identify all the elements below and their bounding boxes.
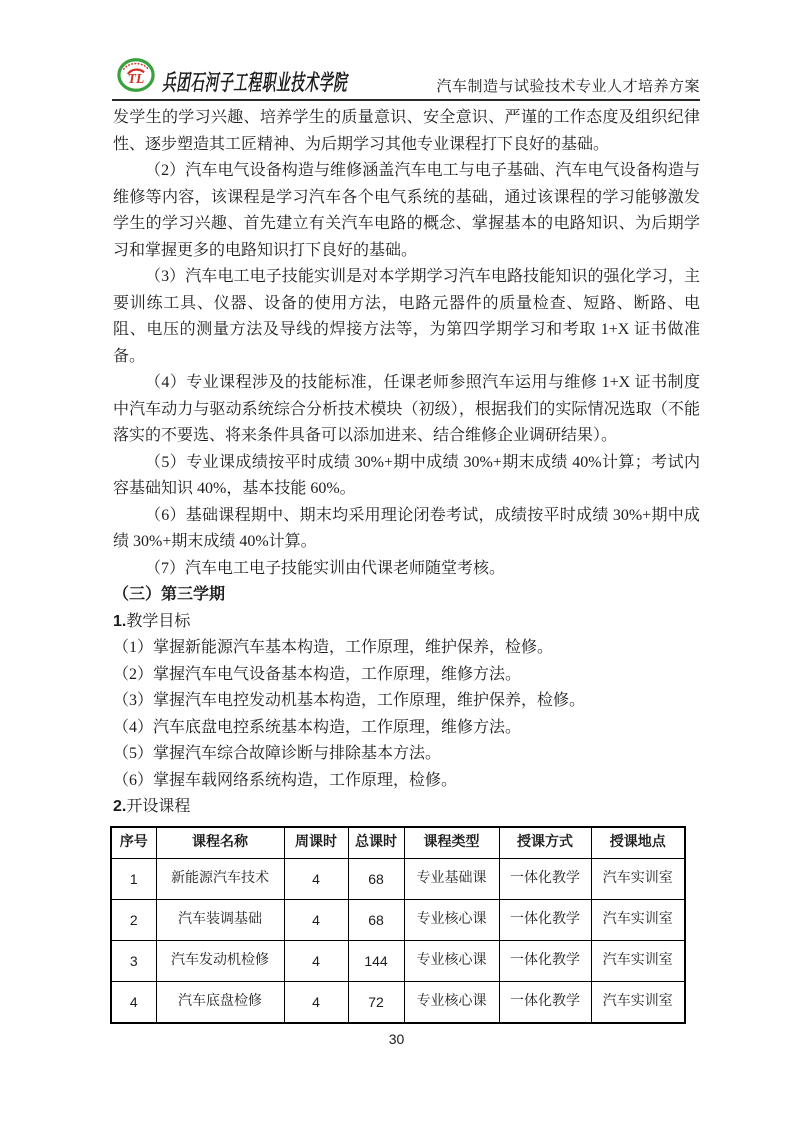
cell-total-hours: 144 xyxy=(348,940,404,981)
doc-title: 汽车制造与试验技术专业人才培养方案 xyxy=(436,75,700,96)
objective-item-2: （2）掌握汽车电气设备基本构造，工作原理，维修方法。 xyxy=(113,662,700,689)
cell-course-type: 专业核心课 xyxy=(404,981,499,1023)
objective-item-1: （1）掌握新能源汽车基本构造，工作原理，维护保养，检修。 xyxy=(113,635,700,662)
cell-teaching-mode: 一体化教学 xyxy=(499,940,591,981)
cell-course-name: 汽车装调基础 xyxy=(156,899,284,940)
cell-location: 汽车实训室 xyxy=(591,899,685,940)
paragraph-7: （7）汽车电工电子技能实训由代课老师随堂考核。 xyxy=(113,556,700,583)
cell-weekly-hours: 4 xyxy=(284,940,348,981)
svg-text:TL: TL xyxy=(128,71,145,86)
header-divider xyxy=(112,99,700,101)
col-header-location: 授课地点 xyxy=(591,827,685,859)
cell-total-hours: 68 xyxy=(348,858,404,899)
cell-teaching-mode: 一体化教学 xyxy=(499,981,591,1023)
col-header-total-hours: 总课时 xyxy=(348,827,404,859)
cell-weekly-hours: 4 xyxy=(284,899,348,940)
cell-course-name: 新能源汽车技术 xyxy=(156,858,284,899)
document-page: TL 兵团石河子工程职业技术学院 汽车制造与试验技术专业人才培养方案 发学生的学… xyxy=(0,0,793,1122)
col-header-course-type: 课程类型 xyxy=(404,827,499,859)
cell-course-name: 汽车底盘检修 xyxy=(156,981,284,1023)
cell-index: 4 xyxy=(111,981,156,1023)
objective-item-5: （5）掌握汽车综合故障诊断与排除基本方法。 xyxy=(113,741,700,768)
cell-location: 汽车实训室 xyxy=(591,940,685,981)
college-logo: TL xyxy=(116,57,156,98)
college-logo-icon: TL xyxy=(116,57,156,93)
subheading-label: 开设课程 xyxy=(126,798,190,815)
cell-teaching-mode: 一体化教学 xyxy=(499,858,591,899)
section-heading-semester-3: （三）第三学期 xyxy=(113,582,700,609)
cell-teaching-mode: 一体化教学 xyxy=(499,899,591,940)
subheading-number: 1. xyxy=(113,613,126,630)
col-header-weekly-hours: 周课时 xyxy=(284,827,348,859)
subheading-label: 教学目标 xyxy=(126,613,190,630)
table-header-row: 序号 课程名称 周课时 总课时 课程类型 授课方式 授课地点 xyxy=(111,827,685,859)
cell-index: 1 xyxy=(111,858,156,899)
table-row: 2 汽车装调基础 4 68 专业核心课 一体化教学 汽车实训室 xyxy=(111,899,685,940)
col-header-teaching-mode: 授课方式 xyxy=(499,827,591,859)
col-header-course-name: 课程名称 xyxy=(156,827,284,859)
page-number: 30 xyxy=(0,1031,793,1047)
paragraph-4: （4）专业课程涉及的技能标准，任课老师参照汽车运用与维修 1+X 证书制度中汽车… xyxy=(113,370,700,450)
cell-total-hours: 68 xyxy=(348,899,404,940)
subheading-number: 2. xyxy=(113,798,126,815)
paragraph-continuation: 发学生的学习兴趣、培养学生的质量意识、安全意识、严谨的工作态度及组织纪律性、逐步… xyxy=(113,105,700,158)
courses-table: 序号 课程名称 周课时 总课时 课程类型 授课方式 授课地点 1 新能源汽车技术… xyxy=(110,826,686,1024)
col-header-index: 序号 xyxy=(111,827,156,859)
cell-course-type: 专业核心课 xyxy=(404,899,499,940)
subheading-courses: 2.开设课程 xyxy=(113,794,700,821)
cell-course-type: 专业核心课 xyxy=(404,940,499,981)
cell-index: 2 xyxy=(111,899,156,940)
cell-total-hours: 72 xyxy=(348,981,404,1023)
table-row: 1 新能源汽车技术 4 68 专业基础课 一体化教学 汽车实训室 xyxy=(111,858,685,899)
paragraph-3: （3）汽车电工电子技能实训是对本学期学习汽车电路技能知识的强化学习，主要训练工具… xyxy=(113,264,700,370)
table-row: 3 汽车发动机检修 4 144 专业核心课 一体化教学 汽车实训室 xyxy=(111,940,685,981)
objective-item-4: （4）汽车底盘电控系统基本构造，工作原理，维修方法。 xyxy=(113,715,700,742)
cell-course-name: 汽车发动机检修 xyxy=(156,940,284,981)
paragraph-2: （2）汽车电气设备构造与维修涵盖汽车电工与电子基础、汽车电气设备构造与维修等内容… xyxy=(113,158,700,264)
college-name: 兵团石河子工程职业技术学院 xyxy=(162,66,347,97)
document-body: 发学生的学习兴趣、培养学生的质量意识、安全意识、严谨的工作态度及组织纪律性、逐步… xyxy=(113,105,700,1024)
objective-item-3: （3）掌握汽车电控发动机基本构造，工作原理，维护保养，检修。 xyxy=(113,688,700,715)
objective-item-6: （6）掌握车载网络系统构造，工作原理，检修。 xyxy=(113,768,700,795)
cell-course-type: 专业基础课 xyxy=(404,858,499,899)
cell-location: 汽车实训室 xyxy=(591,981,685,1023)
subheading-teaching-goals: 1.教学目标 xyxy=(113,609,700,636)
cell-weekly-hours: 4 xyxy=(284,858,348,899)
cell-index: 3 xyxy=(111,940,156,981)
cell-weekly-hours: 4 xyxy=(284,981,348,1023)
table-row: 4 汽车底盘检修 4 72 专业核心课 一体化教学 汽车实训室 xyxy=(111,981,685,1023)
cell-location: 汽车实训室 xyxy=(591,858,685,899)
paragraph-5: （5）专业课成绩按平时成绩 30%+期中成绩 30%+期末成绩 40%计算；考试… xyxy=(113,450,700,503)
paragraph-6: （6）基础课程期中、期末均采用理论闭卷考试，成绩按平时成绩 30%+期中成绩 3… xyxy=(113,503,700,556)
